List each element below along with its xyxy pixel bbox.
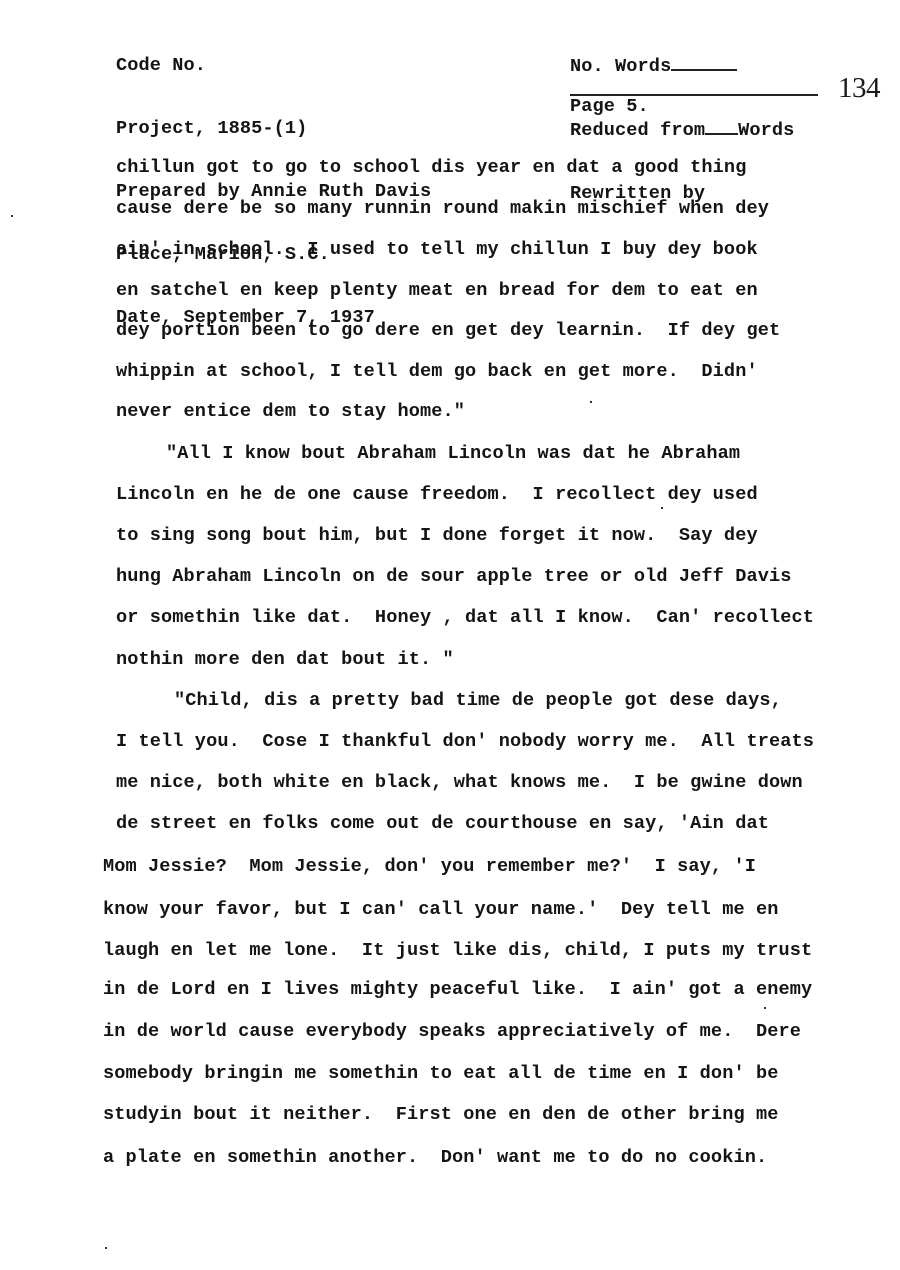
body-text-line: whippin at school, I tell dem go back en… — [116, 362, 758, 382]
scan-speck — [590, 401, 592, 403]
archive-page-stamp: 134 — [838, 72, 880, 105]
body-text-line: studyin bout it neither. First one en de… — [103, 1105, 778, 1125]
body-text-line: Mom Jessie? Mom Jessie, don' you remembe… — [103, 857, 756, 877]
reduced-words-label: Words — [738, 120, 794, 141]
reduced-from-field: Reduced fromWords — [570, 119, 794, 141]
reduced-from-blank — [705, 119, 738, 135]
body-text-line: know your favor, but I can' call your na… — [103, 900, 778, 920]
body-text-line: cause dere be so many runnin round makin… — [116, 199, 769, 219]
typewritten-page: Code No. Project, 1885-(1) Prepared by A… — [0, 0, 900, 1270]
body-text-line: de street en folks come out de courthous… — [116, 814, 769, 834]
no-words-field: No. Words — [570, 55, 794, 77]
body-text-line: dey portion been to go dere en get dey l… — [116, 321, 780, 341]
body-text-line: never entice dem to stay home." — [116, 402, 465, 422]
scan-speck — [11, 215, 13, 217]
scan-speck — [764, 1007, 766, 1009]
body-text-line: "All I know bout Abraham Lincoln was dat… — [166, 444, 740, 464]
project-field: Project, 1885-(1) — [116, 118, 431, 139]
body-text-line: ain' in school. I used to tell my chillu… — [116, 240, 758, 260]
body-text-line: I tell you. Cose I thankful don' nobody … — [116, 732, 814, 752]
body-text-line: in de Lord en I lives mighty peaceful li… — [103, 980, 812, 1000]
body-text-line: or somethin like dat. Honey , dat all I … — [116, 608, 814, 628]
code-number-label: Code No. — [116, 55, 431, 76]
body-text-line: "Child, dis a pretty bad time de people … — [174, 691, 782, 711]
scan-speck — [661, 507, 663, 509]
body-text-line: to sing song bout him, but I done forget… — [116, 526, 758, 546]
page-number: Page 5. — [570, 96, 649, 117]
body-text-line: hung Abraham Lincoln on de sour apple tr… — [116, 567, 791, 587]
scan-speck — [105, 1247, 107, 1249]
body-text-line: laugh en let me lone. It just like dis, … — [103, 941, 812, 961]
body-text-line: in de world cause everybody speaks appre… — [103, 1022, 801, 1042]
body-text-line: me nice, both white en black, what knows… — [116, 773, 803, 793]
body-text-line: a plate en somethin another. Don' want m… — [103, 1148, 767, 1168]
body-text-line: somebody bringin me somethin to eat all … — [103, 1064, 778, 1084]
body-text-line: en satchel en keep plenty meat en bread … — [116, 281, 758, 301]
body-text-line: nothin more den dat bout it. " — [116, 650, 454, 670]
header-metadata-left: Code No. Project, 1885-(1) Prepared by A… — [116, 13, 431, 370]
no-words-label: No. Words — [570, 56, 671, 77]
body-text-line: Lincoln en he de one cause freedom. I re… — [116, 485, 758, 505]
no-words-blank — [671, 55, 737, 71]
reduced-from-label: Reduced from — [570, 120, 705, 141]
body-text-line: chillun got to go to school dis year en … — [116, 158, 746, 178]
